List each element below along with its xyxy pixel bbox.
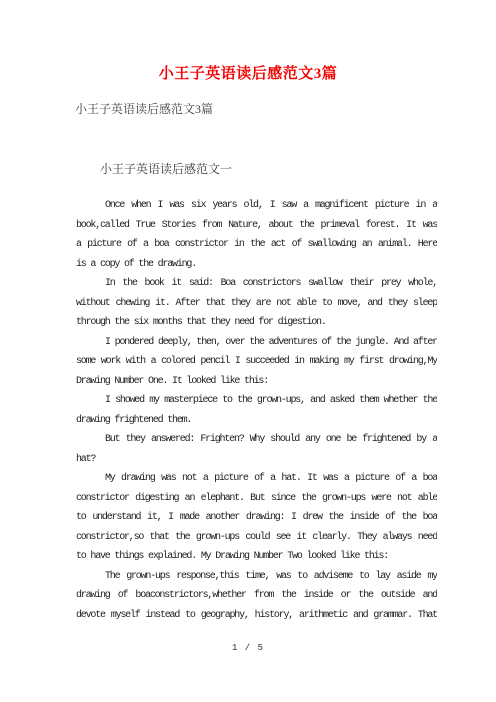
document-title: 小王子英语读后感范文3篇 bbox=[0, 64, 496, 85]
body-line: constrictor,so that the grown-ups could … bbox=[76, 528, 437, 548]
body-line: I showed my masterpiece to the grown-ups… bbox=[76, 391, 437, 411]
body-line: hat? bbox=[76, 450, 437, 470]
body-text: Once when I was six years old, I saw a m… bbox=[76, 196, 437, 625]
document-page: 小王子英语读后感范文3篇 小王子英语读后感范文3篇 小王子英语读后感范文一 On… bbox=[0, 0, 496, 702]
document-content: 小王子英语读后感范文一 Once when I was six years ol… bbox=[0, 161, 496, 625]
body-line: Once when I was six years old, I saw a m… bbox=[76, 196, 437, 216]
body-line: book,called True Stories from Nature, ab… bbox=[76, 216, 437, 236]
body-line: Drawing Number One. It looked like this: bbox=[76, 372, 437, 392]
body-line: to understand it, I made another drawing… bbox=[76, 508, 437, 528]
document-subtitle: 小王子英语读后感范文3篇 bbox=[75, 101, 496, 117]
body-line: I pondered deeply, then, over the advent… bbox=[76, 333, 437, 353]
body-line: devote myself instead to geography, hist… bbox=[76, 606, 437, 626]
body-line: is a copy of the drawing. bbox=[76, 255, 437, 275]
body-line: drawing of boaconstrictors,whether from … bbox=[76, 586, 437, 606]
body-line: The grown-ups response,this time, was to… bbox=[76, 567, 437, 587]
body-line: My drawing was not a picture of a hat. I… bbox=[76, 469, 437, 489]
body-line: a picture of a boa constrictor in the ac… bbox=[76, 235, 437, 255]
page-number-indicator: 1 / 5 bbox=[0, 642, 496, 654]
body-line: some work with a colored pencil I succee… bbox=[76, 352, 437, 372]
body-line: drawing frightened them. bbox=[76, 411, 437, 431]
body-line: to have things explained. My Drawing Num… bbox=[76, 547, 437, 567]
body-line: constrictor digesting an elephant. But s… bbox=[76, 489, 437, 509]
section-heading: 小王子英语读后感范文一 bbox=[100, 161, 437, 177]
body-line: without chewing it. After that they are … bbox=[76, 294, 437, 314]
body-line: through the six months that they need fo… bbox=[76, 313, 437, 333]
body-line: In the book it said: Boa constrictors sw… bbox=[76, 274, 437, 294]
body-line: But they answered: Frighten? Why should … bbox=[76, 430, 437, 450]
